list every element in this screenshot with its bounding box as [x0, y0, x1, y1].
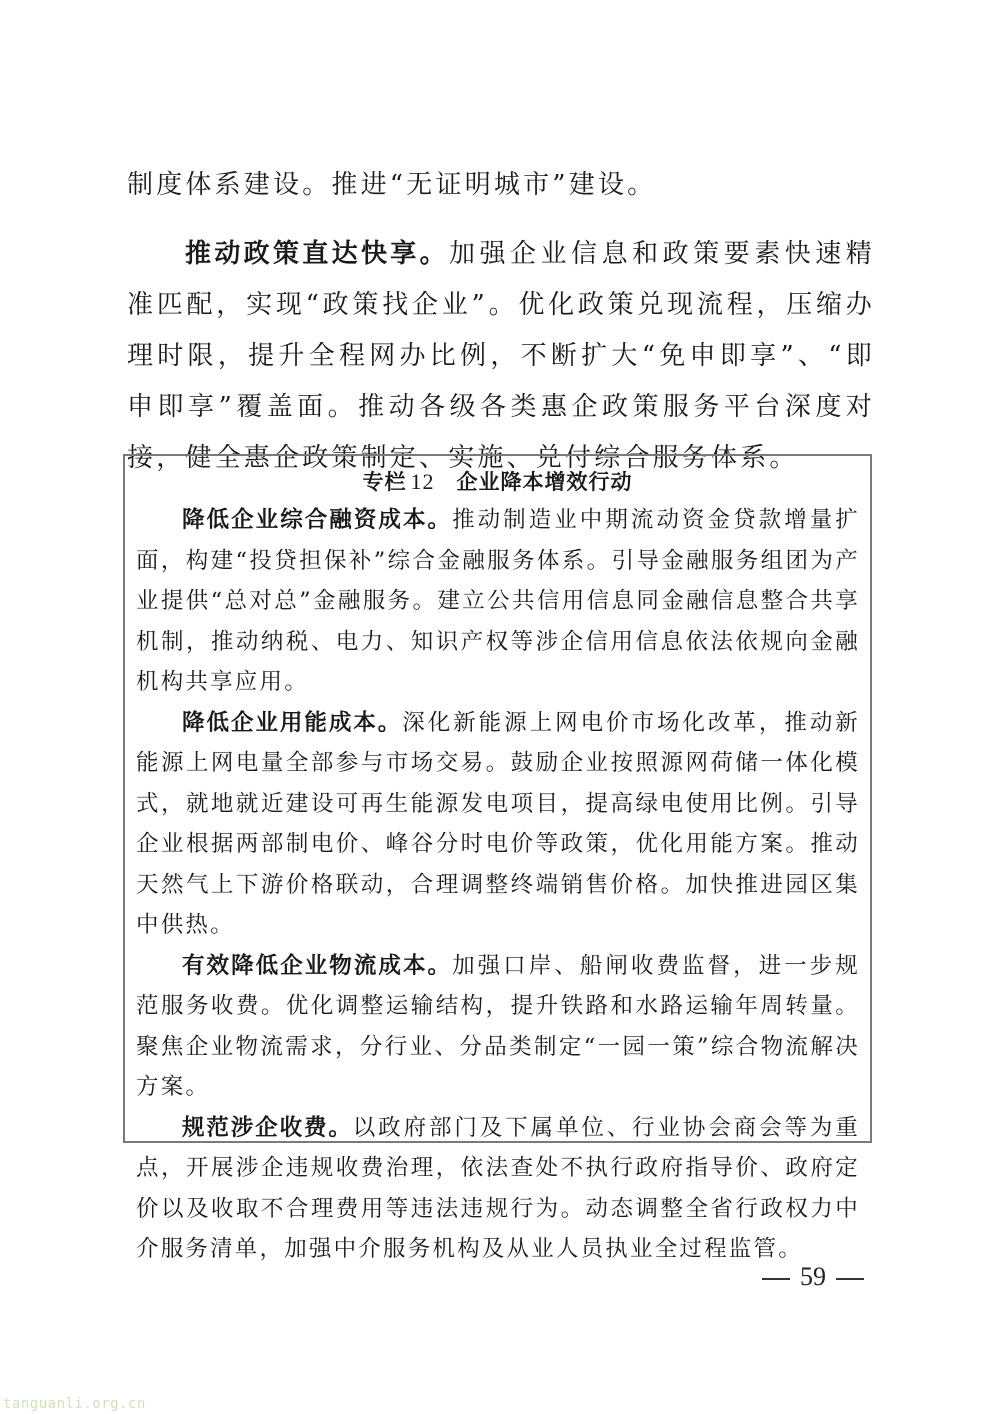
- column-item-logistics: 有效降低企业物流成本。加强口岸、船闸收费监督，进一步规范服务收费。优化调整运输结…: [136, 946, 860, 1108]
- document-page: 制度体系建设。推进“无证明城市”建设。 推动政策直达快享。加强企业信息和政策要素…: [0, 0, 1000, 1414]
- page-number: 59: [752, 1262, 874, 1292]
- column-item-text: 推动制造业中期流动资金贷款增量扩面，构建“投贷担保补”综合金融服务体系。引导金融…: [136, 507, 860, 695]
- column-title-text: 企业降本增效行动: [457, 470, 633, 494]
- watermark: tanguanli.org.cn: [3, 1396, 146, 1412]
- column-item-lead: 降低企业综合融资成本。: [182, 507, 452, 533]
- page-number-dash-right: [836, 1278, 864, 1280]
- column-item-lead: 降低企业用能成本。: [182, 710, 402, 736]
- column-item-fees: 规范涉企收费。以政府部门及下属单位、行业协会商会等为重点，开展涉企违规收费治理，…: [136, 1108, 860, 1270]
- paragraph-text: 加强企业信息和政策要素快速精准匹配，实现“政策找企业”。优化政策兑现流程，压缩办…: [127, 239, 875, 473]
- paragraph-text: 制度体系建设。推进“无证明城市”建设。: [127, 170, 656, 200]
- body-text: 制度体系建设。推进“无证明城市”建设。 推动政策直达快享。加强企业信息和政策要素…: [127, 160, 875, 484]
- column-item-financing: 降低企业综合融资成本。推动制造业中期流动资金贷款增量扩面，构建“投贷担保补”综合…: [136, 500, 860, 703]
- column-item-lead: 规范涉企收费。: [182, 1115, 353, 1141]
- column-box-body: 降低企业综合融资成本。推动制造业中期流动资金贷款增量扩面，构建“投贷担保补”综合…: [136, 500, 860, 1270]
- paragraph-continuation: 制度体系建设。推进“无证明城市”建设。: [127, 160, 875, 211]
- column-title-prefix: 专栏: [363, 470, 407, 494]
- column-title-number: 12: [411, 469, 435, 494]
- paragraph-policy-direct: 推动政策直达快享。加强企业信息和政策要素快速精准匹配，实现“政策找企业”。优化政…: [127, 229, 875, 484]
- column-box: 专栏12企业降本增效行动 降低企业综合融资成本。推动制造业中期流动资金贷款增量扩…: [123, 454, 872, 1143]
- column-box-title: 专栏12企业降本增效行动: [125, 466, 870, 496]
- column-item-text: 深化新能源上网电价市场化改革，推动新能源上网电量全部参与市场交易。鼓励企业按照源…: [136, 710, 860, 939]
- page-number-dash-left: [762, 1278, 790, 1280]
- paragraph-lead: 推动政策直达快享。: [185, 239, 449, 269]
- page-number-value: 59: [800, 1262, 826, 1291]
- column-item-energy: 降低企业用能成本。深化新能源上网电价市场化改革，推动新能源上网电量全部参与市场交…: [136, 703, 860, 946]
- column-item-lead: 有效降低企业物流成本。: [182, 953, 452, 979]
